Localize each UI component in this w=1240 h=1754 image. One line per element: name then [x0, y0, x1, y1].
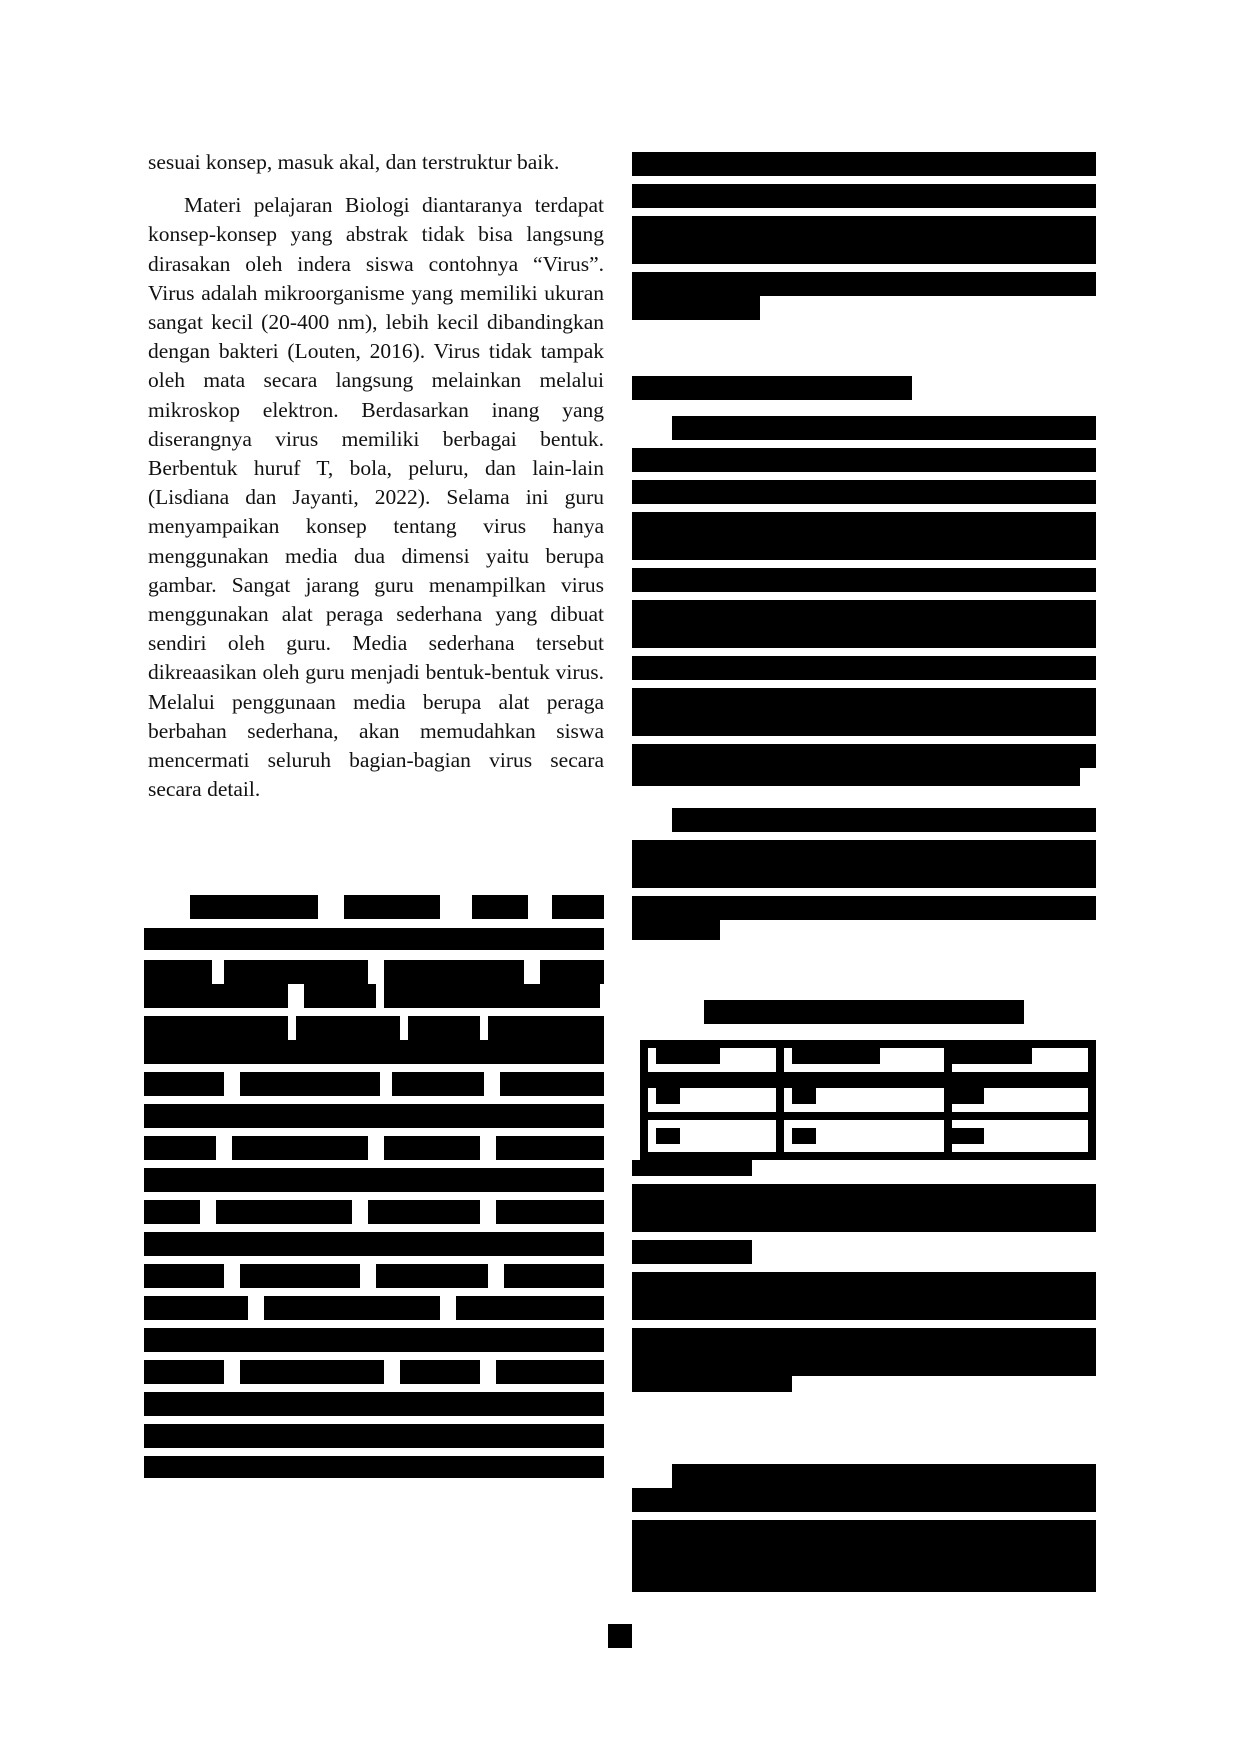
table-header-cell — [792, 1048, 880, 1064]
document-page: sesuai konsep, masuk akal, dan terstrukt… — [0, 0, 1240, 1754]
table-cell — [792, 1088, 816, 1104]
table-row-divider — [640, 1112, 1096, 1120]
table-header-cell — [952, 1048, 1032, 1064]
table-header-cell — [656, 1048, 720, 1064]
paragraph-continuation: sesuai konsep, masuk akal, dan terstrukt… — [148, 148, 604, 177]
table-col-divider — [776, 1040, 784, 1160]
paragraph-virus-materials: Materi pelajaran Biologi diantaranya ter… — [148, 191, 604, 804]
table-cell — [656, 1128, 680, 1144]
table-cell — [792, 1128, 816, 1144]
table-cell — [656, 1088, 680, 1104]
redacted-page-number — [608, 1624, 632, 1648]
table-row-divider — [640, 1072, 1096, 1088]
table-cell — [952, 1128, 984, 1144]
table-col-divider — [944, 1040, 952, 1160]
table-cell — [952, 1088, 984, 1104]
left-column-text: sesuai konsep, masuk akal, dan terstrukt… — [148, 148, 604, 804]
